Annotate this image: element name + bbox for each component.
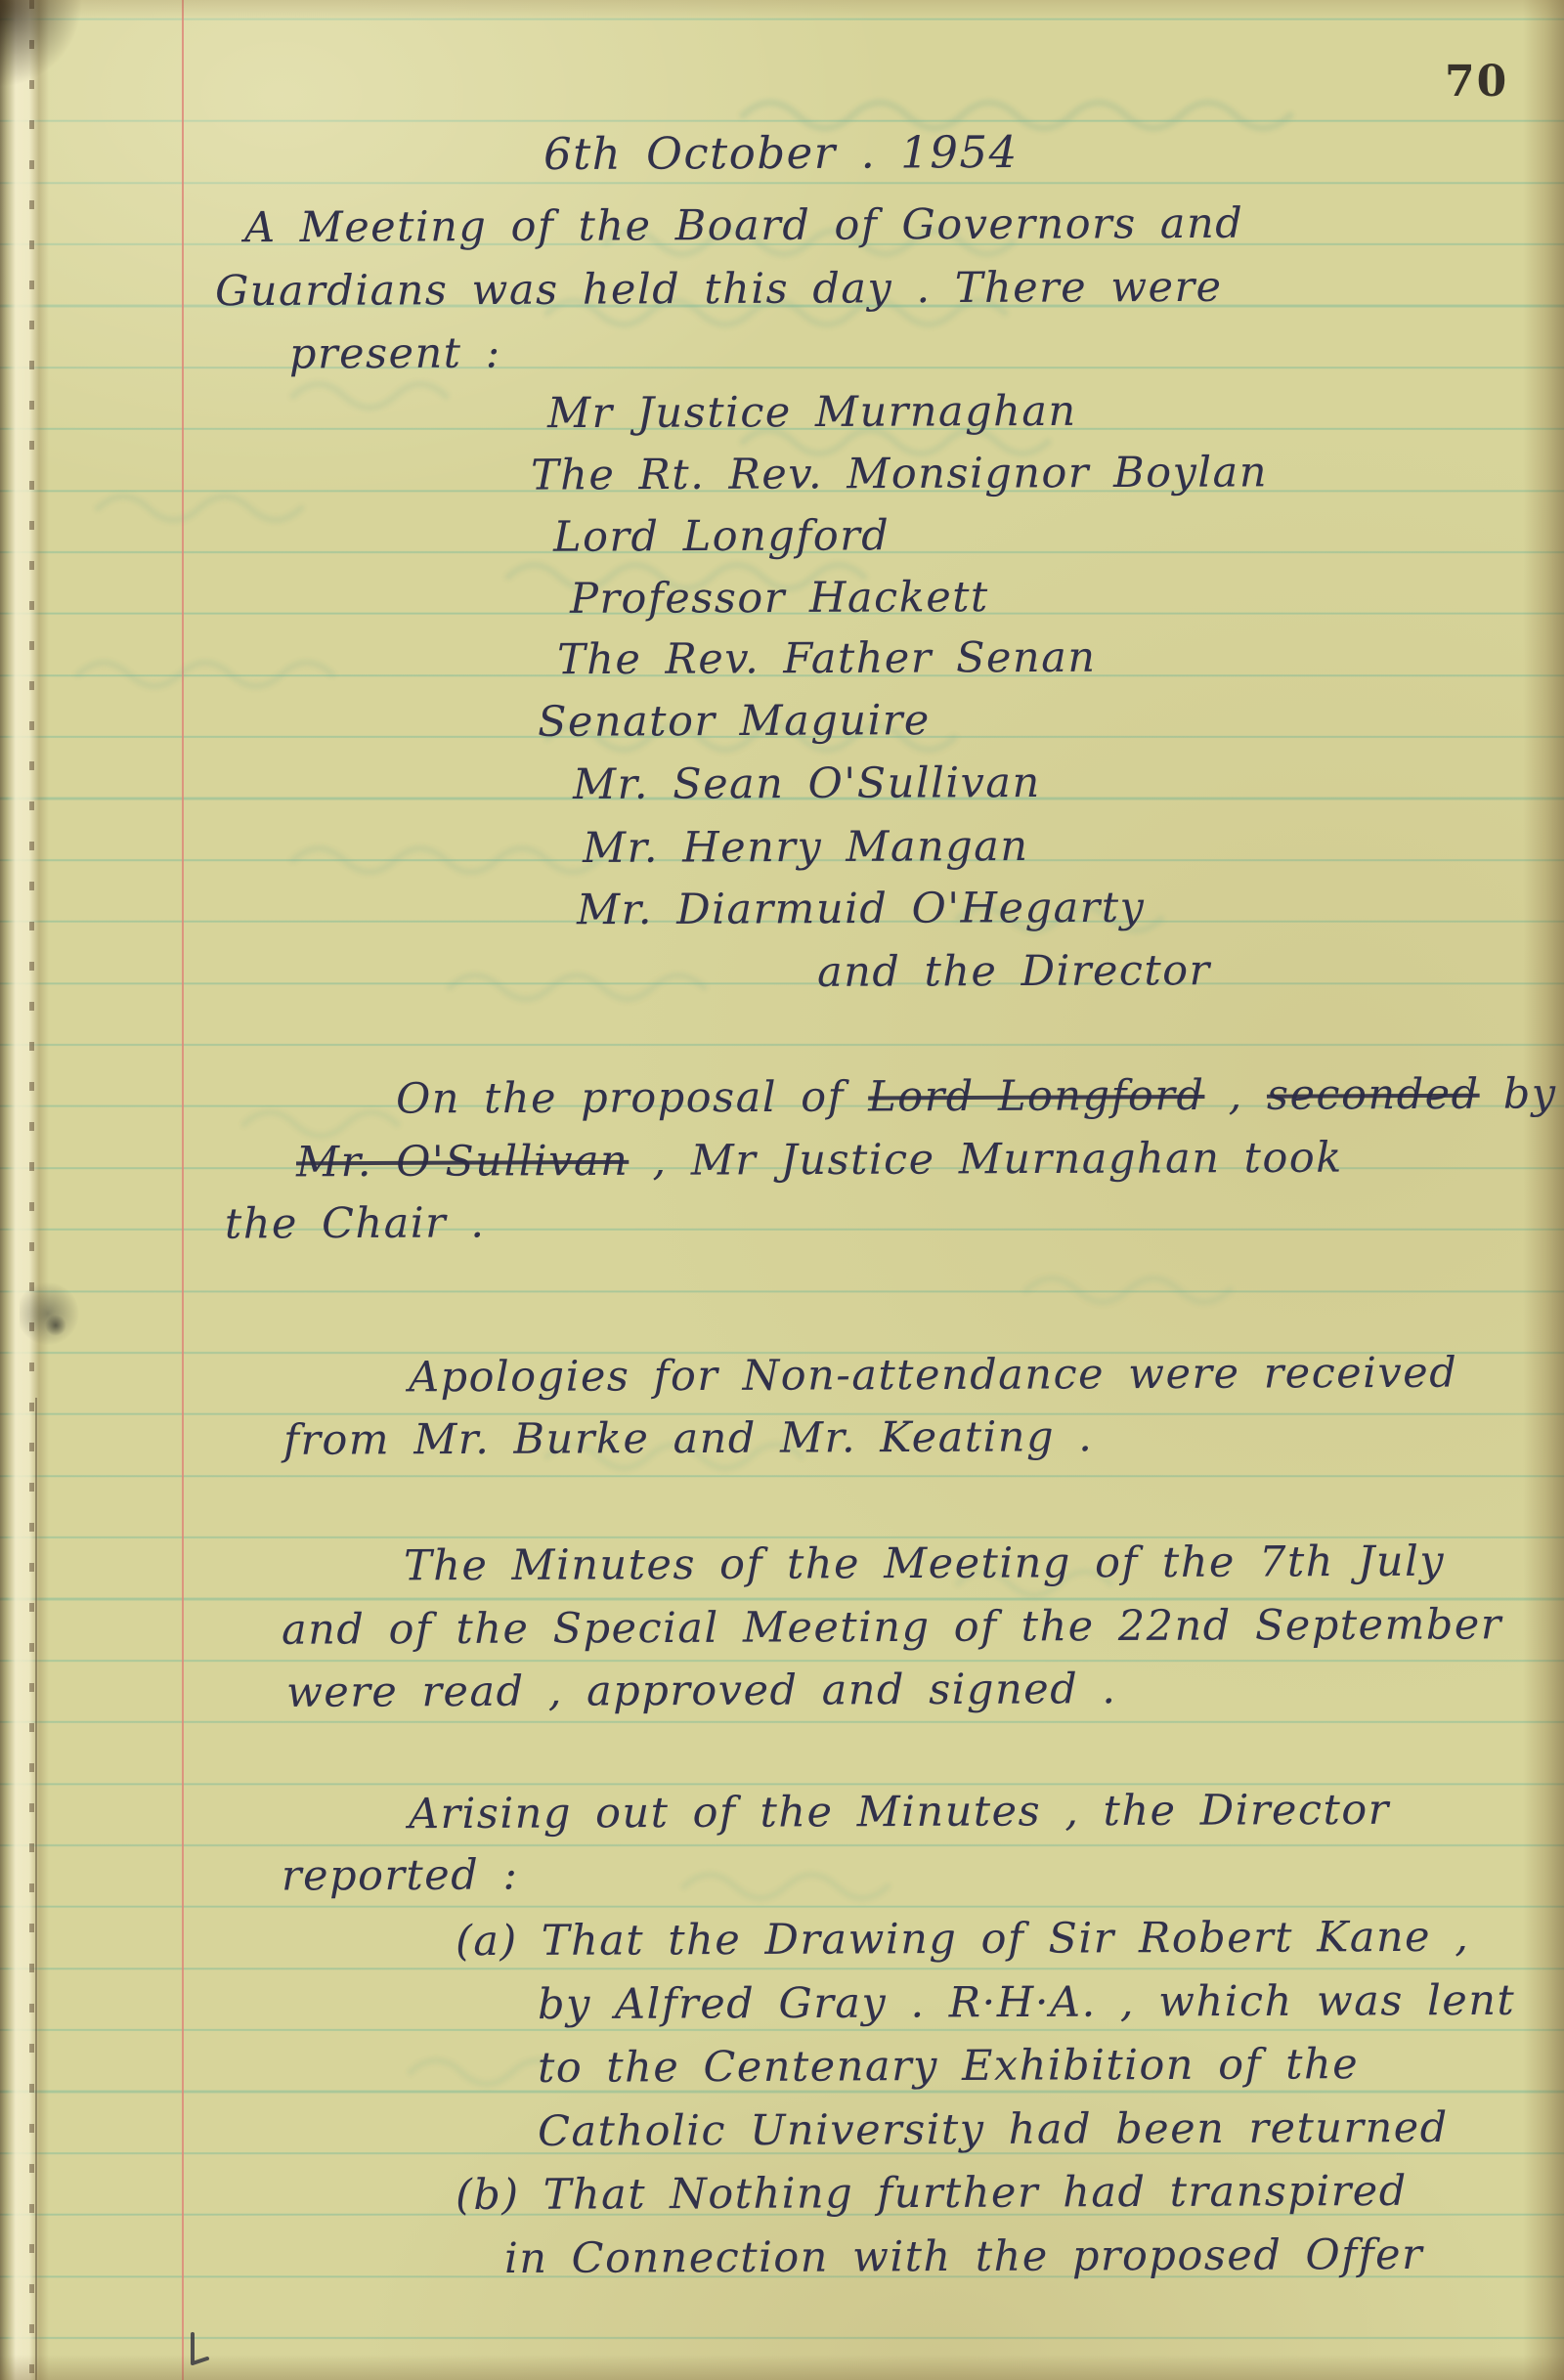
item-b-line-2: in Connection with the proposed Offer [504, 2230, 1423, 2283]
date-heading: 6th October . 1954 [543, 126, 1019, 180]
handwritten-text: On the proposal of [396, 1072, 868, 1123]
handwritten-text: Mr Justice Murnaghan [547, 387, 1077, 438]
apologies-line-2: from Mr. Burke and Mr. Keating . [283, 1412, 1094, 1465]
handwritten-text: The Rt. Rev. Monsignor Boylan [531, 448, 1268, 499]
handwritten-text: Senator Maguire [538, 696, 931, 747]
item-b-line-1: (b) That Nothing further had transpired [456, 2167, 1408, 2220]
handwritten-text: (b) That Nothing further had transpired [456, 2167, 1408, 2220]
attendee-1: Mr Justice Murnaghan [547, 387, 1077, 438]
handwritten-text: the Chair . [225, 1198, 486, 1248]
attendee-2: The Rt. Rev. Monsignor Boylan [531, 448, 1268, 499]
attendee-3: Lord Longford [553, 511, 890, 562]
handwritten-text: , [1204, 1071, 1267, 1120]
attendee-6: Senator Maguire [538, 696, 931, 747]
attendee-4: Professor Hackett [570, 573, 989, 624]
chair-line-1: On the proposal of Lord Longford , secon… [396, 1069, 1557, 1123]
minutes-line-3: were read , approved and signed . [286, 1665, 1117, 1717]
handwritten-text: Apologies for Non-attendance were receiv… [409, 1349, 1457, 1403]
chair-line-3: the Chair . [225, 1198, 486, 1248]
attendee-10: and the Director [817, 946, 1211, 997]
handwritten-text: Lord Longford [553, 511, 890, 562]
handwritten-text: Catholic University had been returned [538, 2103, 1449, 2156]
handwritten-text: in Connection with the proposed Offer [504, 2230, 1423, 2283]
item-a-line-3: to the Centenary Exhibition of the [538, 2040, 1359, 2093]
attendee-8: Mr. Henry Mangan [583, 822, 1029, 873]
struck-text: Lord Longford [868, 1071, 1204, 1122]
handwritten-text: from Mr. Burke and Mr. Keating . [283, 1412, 1094, 1465]
handwritten-text: Guardians was held this day . There were [215, 263, 1223, 316]
handwritten-text: reported : [282, 1850, 519, 1900]
handwritten-text: A Meeting of the Board of Governors and [244, 199, 1243, 252]
handwritten-text: , Mr Justice Murnaghan took [629, 1134, 1343, 1186]
chair-line-2: Mr. O'Sullivan , Mr Justice Murnaghan to… [296, 1134, 1343, 1188]
minutes-line-2: and of the Special Meeting of the 22nd S… [282, 1600, 1502, 1654]
struck-text: Mr. O'Sullivan [296, 1137, 630, 1187]
handwritten-text: and of the Special Meeting of the 22nd S… [282, 1600, 1502, 1654]
item-a-line-1: (a) That the Drawing of Sir Robert Kane … [456, 1913, 1470, 1967]
handwritten-text: and the Director [817, 946, 1211, 997]
attendee-7: Mr. Sean O'Sullivan [573, 758, 1041, 809]
handwritten-text: Mr. Henry Mangan [583, 822, 1029, 873]
attendee-9: Mr. Diarmuid O'Hegarty [577, 884, 1146, 935]
handwritten-text: Arising out of the Minutes , the Directo… [409, 1786, 1390, 1839]
manuscript: 6th October . 1954A Meeting of the Board… [0, 0, 1564, 2380]
handwritten-text: 6th October . 1954 [543, 126, 1019, 180]
apologies-line-1: Apologies for Non-attendance were receiv… [409, 1349, 1457, 1403]
handwritten-text: by Alfred Gray . R·H·A. , which was lent [538, 1976, 1515, 2029]
opening-line-3: present : [289, 329, 501, 379]
arising-line-2: reported : [282, 1850, 519, 1900]
handwritten-text: The Minutes of the Meeting of the 7th Ju… [404, 1537, 1445, 1591]
struck-text: seconded [1267, 1070, 1480, 1120]
opening-line-1: A Meeting of the Board of Governors and [244, 199, 1243, 252]
handwritten-text: were read , approved and signed . [286, 1665, 1117, 1717]
handwritten-text: by [1480, 1069, 1557, 1118]
handwritten-text: (a) That the Drawing of Sir Robert Kane … [456, 1913, 1470, 1967]
handwritten-text: present : [289, 329, 501, 379]
handwritten-text: Professor Hackett [570, 573, 989, 624]
arising-line-1: Arising out of the Minutes , the Directo… [409, 1786, 1390, 1839]
handwritten-text: Mr. Diarmuid O'Hegarty [577, 884, 1146, 935]
opening-line-2: Guardians was held this day . There were [215, 263, 1223, 316]
handwritten-text: Mr. Sean O'Sullivan [573, 758, 1041, 809]
attendee-5: The Rev. Father Senan [557, 633, 1097, 684]
minute-book-page: 70 6th October . 1954A Meeting of the Bo… [0, 0, 1564, 2380]
minutes-line-1: The Minutes of the Meeting of the 7th Ju… [404, 1537, 1445, 1591]
item-a-line-2: by Alfred Gray . R·H·A. , which was lent [538, 1976, 1515, 2029]
item-a-line-4: Catholic University had been returned [538, 2103, 1449, 2156]
handwritten-text: The Rev. Father Senan [557, 633, 1097, 684]
handwritten-text: to the Centenary Exhibition of the [538, 2040, 1359, 2093]
